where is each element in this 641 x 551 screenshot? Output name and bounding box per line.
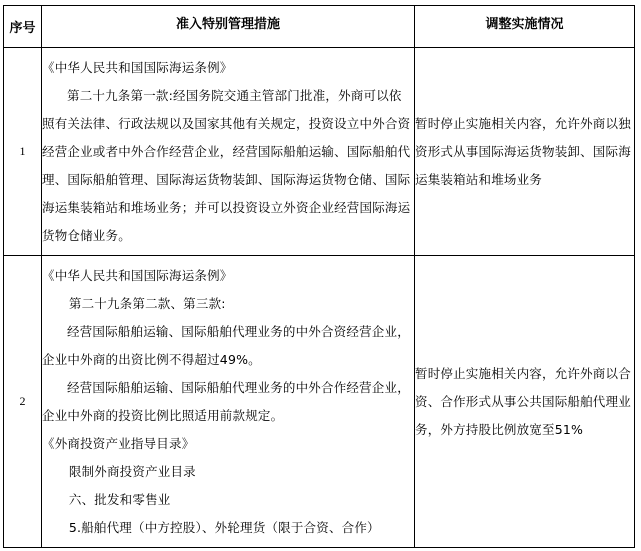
measure-cell: 《中华人民共和国国际海运条例》 第二十九条第一款:经国务院交通主管部门批准，外商… bbox=[42, 48, 415, 256]
law-title: 《中华人民共和国国际海运条例》 bbox=[42, 262, 414, 290]
header-status: 调整实施情况 bbox=[415, 6, 635, 48]
status-text: 暂时停止实施相关内容，允许外商以合资、合作形式从事公共国际船舶代理业务，外方持股… bbox=[415, 360, 634, 444]
catalog-category: 六、批发和零售业 bbox=[42, 486, 414, 514]
table-row: 2 《中华人民共和国国际海运条例》 第二十九条第二款、第三款: 经营国际船舶运输… bbox=[4, 256, 635, 548]
catalog-item: 5.船舶代理（中方控股）、外轮理货（限于合资、合作） bbox=[42, 514, 414, 542]
law-paragraph: 第二十九条第一款:经国务院交通主管部门批准，外商可以依照有关法律、行政法规以及国… bbox=[42, 82, 414, 250]
row-index: 2 bbox=[4, 256, 42, 548]
table-header-row: 序号 准入特别管理措施 调整实施情况 bbox=[4, 6, 635, 48]
table-row: 1 《中华人民共和国国际海运条例》 第二十九条第一款:经国务院交通主管部门批准，… bbox=[4, 48, 635, 256]
measures-table: 序号 准入特别管理措施 调整实施情况 1 《中华人民共和国国际海运条例》 第二十… bbox=[3, 5, 635, 548]
law-clause-2: 经营国际船舶运输、国际船舶代理业务的中外合作经营企业，企业中外商的投资比例比照适… bbox=[42, 374, 414, 430]
law-title: 《中华人民共和国国际海运条例》 bbox=[42, 54, 414, 82]
header-index: 序号 bbox=[4, 6, 42, 48]
law-clause-1: 经营国际船舶运输、国际船舶代理业务的中外合资经营企业，企业中外商的出资比例不得超… bbox=[42, 318, 414, 374]
measure-cell: 《中华人民共和国国际海运条例》 第二十九条第二款、第三款: 经营国际船舶运输、国… bbox=[42, 256, 415, 548]
catalog-title: 《外商投资产业指导目录》 bbox=[42, 430, 414, 458]
law-article: 第二十九条第二款、第三款: bbox=[42, 290, 414, 318]
status-text: 暂时停止实施相关内容，允许外商以独资形式从事国际海运货物装卸、国际海运集装箱站和… bbox=[415, 110, 634, 194]
catalog-section: 限制外商投资产业目录 bbox=[42, 458, 414, 486]
header-measure: 准入特别管理措施 bbox=[42, 6, 415, 48]
status-cell: 暂时停止实施相关内容，允许外商以独资形式从事国际海运货物装卸、国际海运集装箱站和… bbox=[415, 48, 635, 256]
status-cell: 暂时停止实施相关内容，允许外商以合资、合作形式从事公共国际船舶代理业务，外方持股… bbox=[415, 256, 635, 548]
row-index: 1 bbox=[4, 48, 42, 256]
